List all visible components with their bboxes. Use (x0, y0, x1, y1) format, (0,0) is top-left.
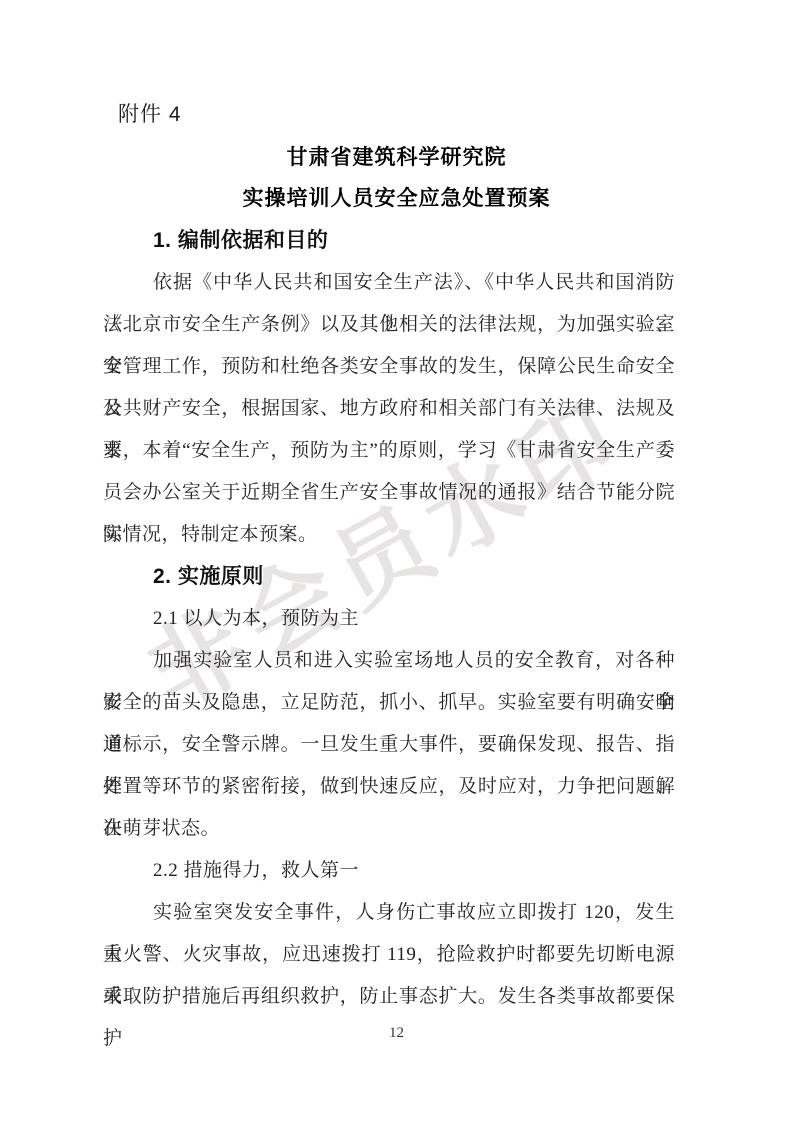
document-title-line1: 甘肃省建筑科学研究院 (0, 145, 793, 169)
document-title-line2: 实操培训人员安全应急处置预案 (0, 186, 793, 210)
paragraph-line: 际情况，特制定本预案。 (103, 514, 675, 556)
paragraph-line: 2.2 措施得力，救人第一 (103, 850, 675, 892)
paragraph-line: 员会办公室关于近期全省生产安全事故情况的通报》结合节能分院实 (103, 472, 675, 514)
attachment-label: 附件 4 (118, 102, 182, 128)
paragraph-line: 《北京市安全生产条例》以及其他相关的法律法规，为加强实验室安 (103, 304, 675, 346)
paragraph-line: 采取防护措施后再组织救护，防止事态扩大。发生各类事故都要保护 (103, 976, 675, 1018)
paragraph-line: 大火警、火灾事故，应迅速拨打 119，抢险救护时都要先切断电源或 (103, 934, 675, 976)
paragraph-line: 加强实验室人员和进入实验室场地人员的安全教育，对各种影响 (103, 640, 675, 682)
paragraph-line: 处置等环节的紧密衔接，做到快速反应，及时应对，力争把问题解决 (103, 766, 675, 808)
paragraph-line: 公共财产安全，根据国家、地方政府和相关部门有关法律、法规及要 (103, 388, 675, 430)
paragraph-line: 安全的苗头及隐患，立足防范，抓小、抓早。实验室要有明确安全通 (103, 682, 675, 724)
paragraph-line: 道标示，安全警示牌。一旦发生重大事件，要确保发现、报告、指挥、 (103, 724, 675, 766)
document-page: 非会员水印 附件 4 甘肃省建筑科学研究院 实操培训人员安全应急处置预案 1. … (0, 0, 793, 1122)
paragraph-line: 依据《中华人民共和国安全生产法》、《中华人民共和国消防法》、 (103, 262, 675, 304)
paragraph-line: 求，本着“安全生产，预防为主”的原则，学习《甘肃省安全生产委 (103, 430, 675, 472)
content-area: 1. 编制依据和目的依据《中华人民共和国安全生产法》、《中华人民共和国消防法》、… (103, 220, 675, 1018)
section-heading: 2. 实施原则 (103, 556, 675, 598)
section-heading: 1. 编制依据和目的 (103, 220, 675, 262)
paragraph-line: 在萌芽状态。 (103, 808, 675, 850)
paragraph-line: 实验室突发安全事件，人身伤亡事故应立即拨打 120，发生重 (103, 892, 675, 934)
paragraph-line: 2.1 以人为本，预防为主 (103, 598, 675, 640)
paragraph-line: 全管理工作，预防和杜绝各类安全事故的发生，保障公民生命安全及 (103, 346, 675, 388)
page-number: 12 (0, 1024, 793, 1042)
